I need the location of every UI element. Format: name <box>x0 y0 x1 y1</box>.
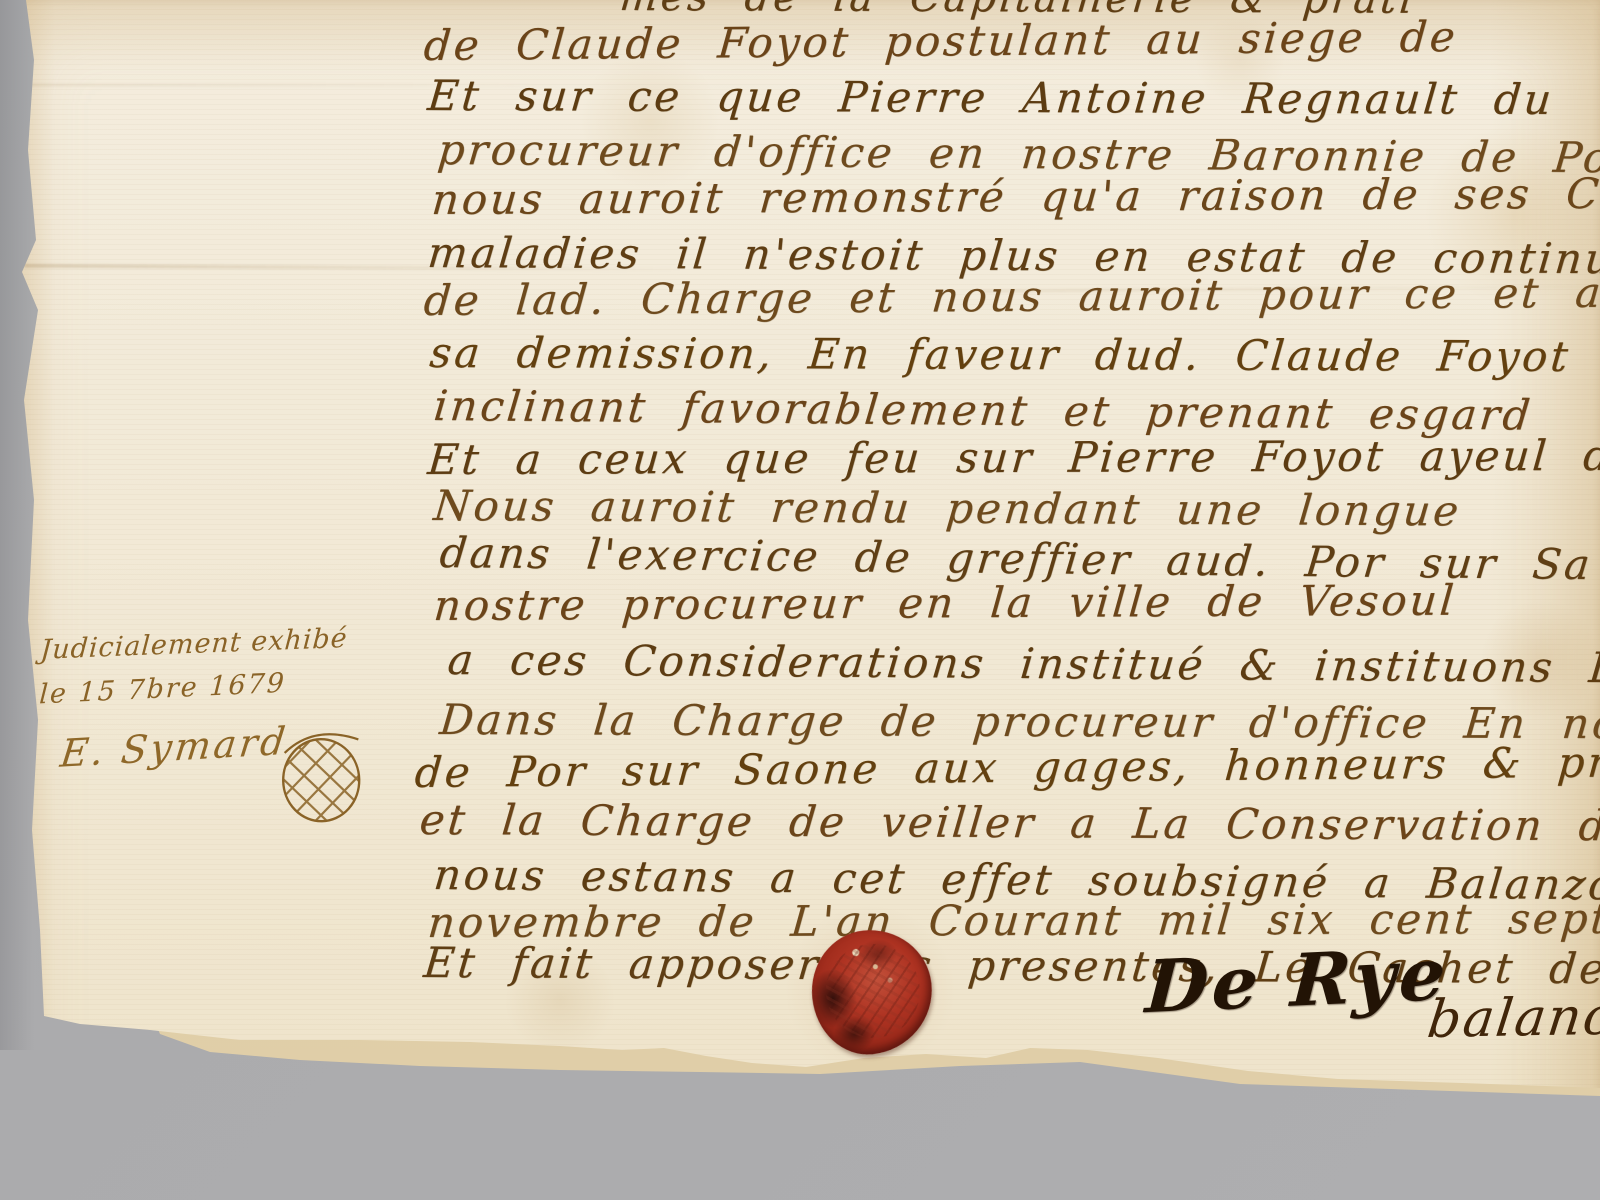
margin-annotation-signature: E. Symard <box>58 719 291 776</box>
margin-annotation-date: le 15 7bre 1679 <box>39 668 287 711</box>
margin-annotation-line: Judicialement exhibé <box>39 623 348 666</box>
manuscript-line: de lad. Charge et nous auroit pour ce et… <box>422 268 1600 325</box>
manuscript-line: Et sur ce que Pierre Antoine Regnault du <box>426 71 1556 124</box>
manuscript-line: de Claude Foyot postulant au siege de <box>422 12 1460 70</box>
manuscript-line: et la Charge de veiller a La Conservatio… <box>418 795 1600 851</box>
manuscript-line: Et a ceux que feu sur Pierre Foyot ayeul… <box>426 431 1600 484</box>
signature-de-rye: De Rye <box>1143 931 1451 1030</box>
manuscript-line: de Por sur Saone aux gages, honneurs & p… <box>413 737 1600 797</box>
manuscript-line: sa demission, En faveur dud. Claude Foyo… <box>428 328 1573 381</box>
signature-balancon: balancon. <box>1424 985 1600 1050</box>
manuscript-line: nostre procureur en la ville de Vesoul <box>432 576 1458 630</box>
margin-annotation: Judicialement exhibé le 15 7bre 1679 E. … <box>34 624 434 632</box>
manuscript-photograph: mes de la Capitainerie & pratide Claude … <box>0 0 1600 1200</box>
hatched-paraph-icon <box>274 729 368 827</box>
manuscript-page: mes de la Capitainerie & pratide Claude … <box>0 0 1600 1200</box>
manuscript-line: nous auroit remonstré qu'a raison de ses… <box>430 169 1600 224</box>
manuscript-line: a ces Considerations institué & instituo… <box>446 635 1600 692</box>
manuscript-line: Nous auroit rendu pendant une longue <box>432 481 1464 535</box>
